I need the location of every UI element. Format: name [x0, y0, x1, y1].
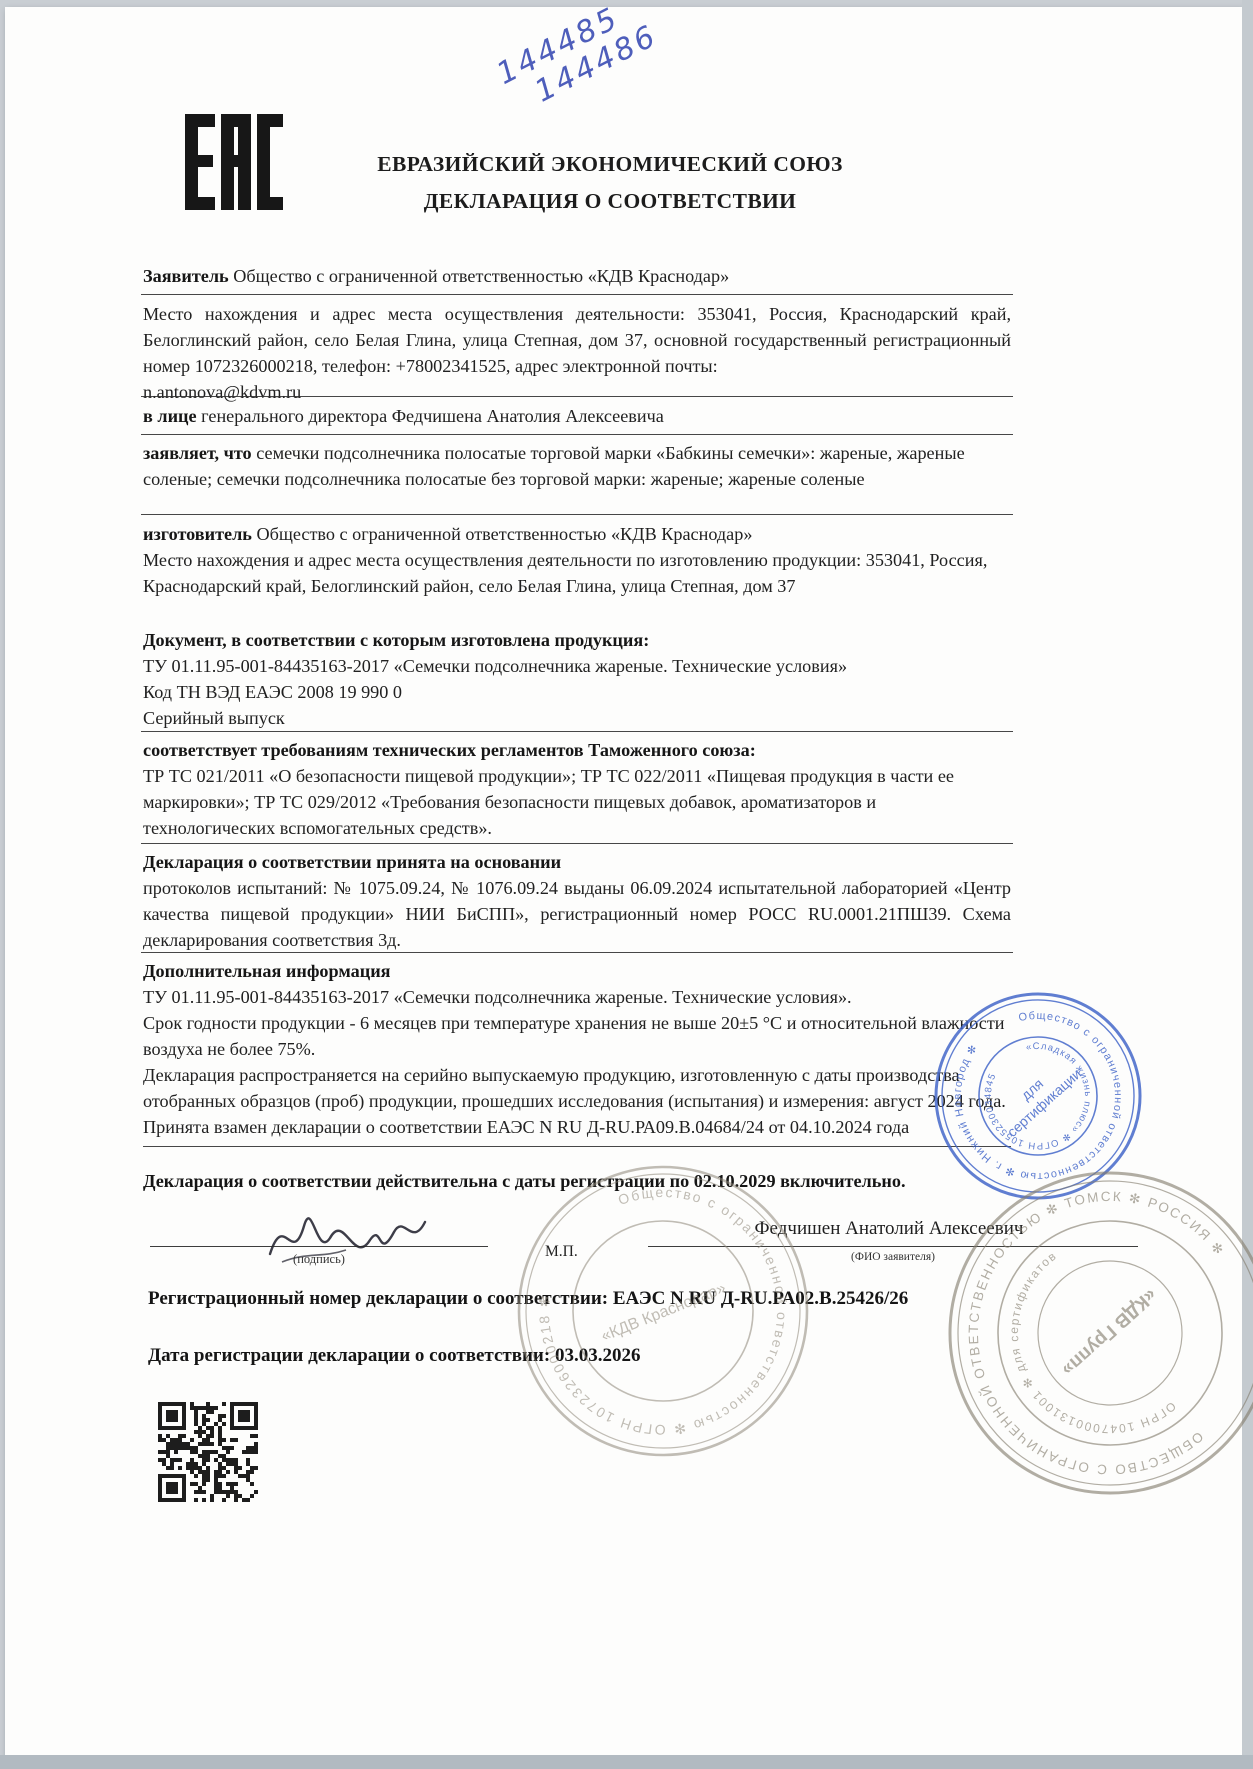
divider — [141, 731, 1013, 732]
in-person-line: в лице генерального директора Федчишена … — [143, 403, 1011, 429]
document-tu: ТУ 01.11.95-001-84435163-2017 «Семечки п… — [143, 653, 1011, 679]
applicant-label: Заявитель — [143, 266, 229, 286]
divider — [141, 294, 1013, 295]
in-person-value: генерального директора Федчишена Анатоли… — [201, 406, 664, 426]
declares-paragraph: заявляет, что семечки подсолнечника поло… — [143, 440, 1011, 492]
registration-date-label: Дата регистрации декларации о соответств… — [148, 1345, 550, 1366]
declares-label: заявляет, что — [143, 443, 252, 463]
registration-number-label: Регистрационный номер декларации о соотв… — [148, 1288, 608, 1309]
additional-block: Дополнительная информация ТУ 01.11.95-00… — [143, 958, 1011, 1147]
registration-date-value: 03.03.2026 — [555, 1345, 641, 1366]
document-block: Документ, в соответствии с которым изгот… — [143, 627, 1011, 731]
divider — [141, 396, 1013, 397]
document-serial: Серийный выпуск — [143, 705, 1011, 731]
document-title: ЕВРАЗИЙСКИЙ ЭКОНОМИЧЕСКИЙ СОЮЗ ДЕКЛАРАЦИ… — [300, 146, 920, 220]
divider — [141, 952, 1013, 953]
applicant-value: Общество с ограниченной ответственностью… — [233, 266, 729, 286]
basis-text: протоколов испытаний: № 1075.09.24, № 10… — [143, 875, 1011, 953]
scanned-declaration-page: 144485 144486 ЕВРАЗИЙСКИЙ ЭКОНОМИЧЕСКИЙ … — [0, 0, 1253, 1769]
registration-number-value: ЕАЭС N RU Д-RU.РА02.В.25426/26 — [613, 1288, 908, 1309]
applicant-address-text: Место нахождения и адрес места осуществл… — [143, 304, 1011, 376]
signature-line — [150, 1246, 488, 1247]
complies-block: соответствует требованиям технических ре… — [143, 737, 1011, 841]
qr-code — [158, 1402, 258, 1502]
registration-number-line: Регистрационный номер декларации о соотв… — [148, 1288, 1148, 1310]
complies-label: соответствует требованиям технических ре… — [143, 740, 756, 760]
replaced-declaration-line: Принята взамен декларации о соответствии… — [143, 1114, 1011, 1147]
document-tnved: Код ТН ВЭД ЕАЭС 2008 19 990 0 — [143, 679, 1011, 705]
additional-shelf-life: Срок годности продукции - 6 месяцев при … — [143, 1010, 1011, 1062]
complies-text: ТР ТС 021/2011 «О безопасности пищевой п… — [143, 763, 1011, 841]
divider — [141, 843, 1013, 844]
declarant-name: Федчишен Анатолий Алексеевич — [640, 1218, 1138, 1240]
declares-value: семечки подсолнечника полосатые торговой… — [143, 443, 965, 489]
document-label: Документ, в соответствии с которым изгот… — [143, 630, 649, 650]
applicant-address: Место нахождения и адрес места осуществл… — [143, 301, 1011, 405]
manufacturer-label: изготовитель — [143, 524, 252, 544]
additional-tu: ТУ 01.11.95-001-84435163-2017 «Семечки п… — [143, 984, 1011, 1010]
manufacturer-value: Общество с ограниченной ответственностью… — [256, 524, 752, 544]
fio-caption: (ФИО заявителя) — [648, 1251, 1138, 1263]
manufacturer-address: Место нахождения и адрес места осуществл… — [143, 547, 1011, 599]
basis-block: Декларация о соответствии принята на осн… — [143, 849, 1011, 953]
applicant-line: Заявитель Общество с ограниченной ответс… — [143, 263, 1011, 289]
title-line-declaration: ДЕКЛАРАЦИЯ О СООТВЕТСТВИИ — [300, 183, 920, 220]
divider — [141, 514, 1013, 515]
fio-line — [648, 1246, 1138, 1247]
additional-serial-note: Декларация распространяется на серийно в… — [143, 1062, 1011, 1114]
divider — [141, 434, 1013, 435]
basis-label: Декларация о соответствии принята на осн… — [143, 852, 561, 872]
validity-line: Декларация о соответствии действительна … — [143, 1168, 1011, 1194]
additional-label: Дополнительная информация — [143, 961, 391, 981]
handwritten-signature — [262, 1192, 432, 1282]
in-person-label: в лице — [143, 406, 197, 426]
scan-edge-right — [1242, 0, 1253, 1769]
eac-logo-icon — [184, 112, 284, 212]
applicant-email: n.antonova@kdvm.ru — [143, 382, 301, 402]
signature-caption: (подпись) — [150, 1252, 488, 1267]
scan-edge-bottom — [0, 1755, 1253, 1769]
manufacturer-block: изготовитель Общество с ограниченной отв… — [143, 521, 1011, 599]
title-line-union: ЕВРАЗИЙСКИЙ ЭКОНОМИЧЕСКИЙ СОЮЗ — [300, 146, 920, 183]
registration-date-line: Дата регистрации декларации о соответств… — [148, 1345, 1148, 1367]
mp-label: М.П. — [545, 1243, 578, 1261]
